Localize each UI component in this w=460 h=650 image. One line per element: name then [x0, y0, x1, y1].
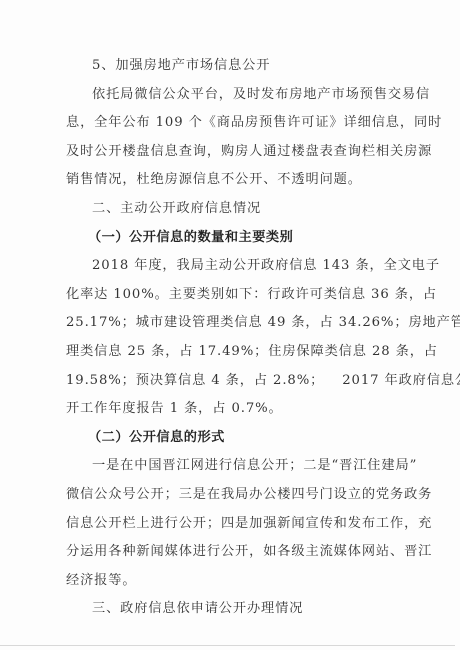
- paragraph-line: 信息公开栏上进行公开；四是加强新闻宣传和发布工作，充: [66, 510, 394, 539]
- paragraph-line: 一是在中国晋江网进行信息公开；二是“晋江住建局”: [66, 452, 394, 481]
- paragraph-line: 25.17%；城市建设管理类信息 49 条，占 34.26%；房地产管: [66, 309, 394, 338]
- subsection-2-heading: （二）公开信息的形式: [66, 424, 394, 453]
- part-3-heading: 三、政府信息依申请公开办理情况: [66, 595, 394, 624]
- paragraph-segment: 19.58%；预决算信息 4 条，占 2.8%；: [66, 373, 324, 388]
- document-body: 5、加强房地产市场信息公开 依托局微信公众平台，及时发布房地产市场预售交易信 息…: [66, 52, 394, 624]
- paragraph-line: 依托局微信公众平台，及时发布房地产市场预售交易信: [66, 81, 394, 110]
- subsection-1-heading: （一）公开信息的数量和主要类别: [66, 224, 394, 253]
- paragraph-line: 经济报等。: [66, 567, 394, 596]
- paragraph-line: 化率达 100%。主要类别如下：行政许可类信息 36 条，占: [66, 281, 394, 310]
- section-5-heading: 5、加强房地产市场信息公开: [66, 52, 394, 81]
- paragraph-line: 及时公开楼盘信息查询，购房人通过楼盘表查询栏相关房源: [66, 138, 394, 167]
- part-2-heading: 二、主动公开政府信息情况: [66, 195, 394, 224]
- paragraph-line: 分运用各种新闻媒体进行公开，如各级主流媒体网站、晋江: [66, 538, 394, 567]
- document-page: 5、加强房地产市场信息公开 依托局微信公众平台，及时发布房地产市场预售交易信 息…: [0, 0, 460, 650]
- paragraph-line: 息，全年公布 109 个《商品房预售许可证》详细信息，同时: [66, 109, 394, 138]
- paragraph-line: 开工作年度报告 1 条，占 0.7%。: [66, 395, 394, 424]
- paragraph-line: 销售情况，杜绝房源信息不公开、不透明问题。: [66, 166, 394, 195]
- paragraph-line: 理类信息 25 条，占 17.49%；住房保障类信息 28 条，占: [66, 338, 394, 367]
- paragraph-line: 微信公众号公开；三是在我局办公楼四号门设立的党务政务: [66, 481, 394, 510]
- paragraph-line: 19.58%；预决算信息 4 条，占 2.8%；2017 年政府信息公: [66, 367, 394, 396]
- paragraph-line: 2018 年度，我局主动公开政府信息 143 条，全文电子: [66, 252, 394, 281]
- paragraph-segment: 2017 年政府信息公: [342, 373, 460, 388]
- page-edge-divider: [0, 645, 455, 646]
